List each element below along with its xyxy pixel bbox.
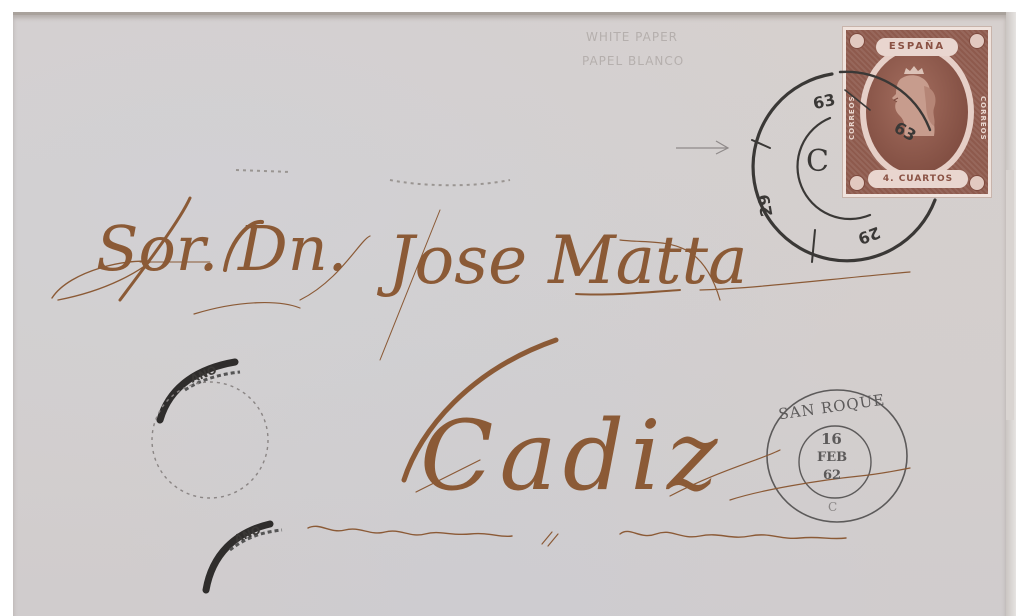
cds-month: FEB [817, 450, 847, 465]
address-salutation: Sor. Dn. [96, 212, 347, 285]
cds-day: 16 [821, 430, 842, 448]
markings-layer [0, 0, 1024, 616]
numeral-cancel-number-left: 29 [754, 193, 777, 218]
numeral-cancel-center-letter: C [806, 144, 829, 179]
address-name: Jose Matta [388, 222, 747, 299]
numeral-cancel [752, 72, 935, 262]
cds-bottom-text: C [828, 500, 837, 514]
transit-cancel-1 [152, 362, 268, 498]
address-city: Cadiz [420, 400, 723, 512]
cds-year: 62 [823, 468, 841, 483]
pencil-arrow-icon [676, 141, 728, 154]
